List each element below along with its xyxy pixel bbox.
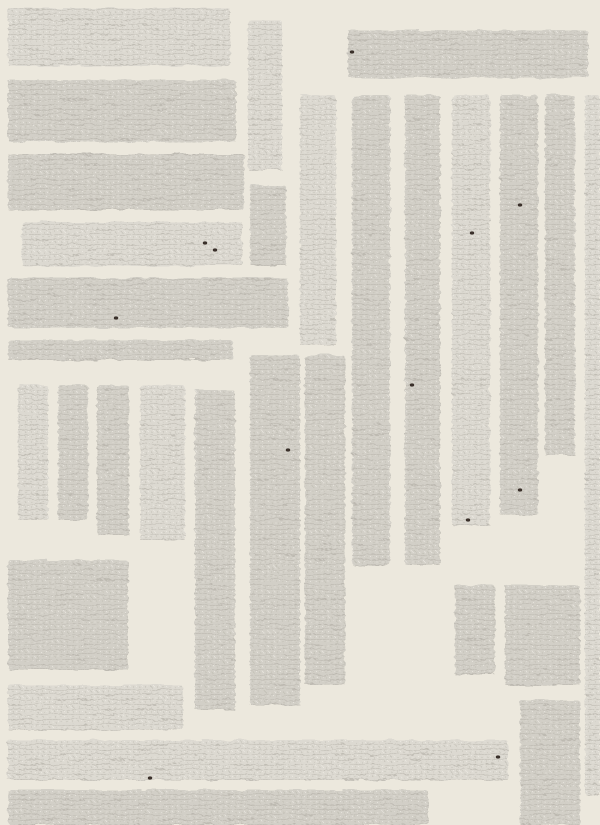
dark-fleck: [518, 488, 522, 491]
weave-texture: [8, 740, 508, 780]
weave-texture: [250, 185, 286, 265]
weave-texture: [505, 585, 580, 685]
dark-fleck: [518, 203, 522, 206]
weave-texture: [500, 95, 538, 515]
weave-texture: [352, 95, 390, 565]
weave-texture: [405, 95, 440, 565]
weave-texture: [8, 154, 244, 210]
weave-texture: [8, 685, 183, 730]
weave-texture: [305, 355, 345, 685]
weave-texture: [8, 278, 288, 328]
weave-texture: [18, 385, 48, 520]
weave-texture: [585, 95, 600, 795]
dark-fleck: [213, 248, 217, 251]
rug-texture-illustration: [0, 0, 600, 825]
dark-fleck: [410, 383, 414, 386]
dark-fleck: [496, 755, 500, 758]
weave-texture: [8, 80, 236, 142]
weave-texture: [545, 95, 575, 455]
weave-texture: [455, 585, 495, 675]
weave-texture: [195, 390, 235, 710]
weave-texture: [97, 385, 129, 535]
weave-texture: [140, 385, 185, 540]
weave-texture: [8, 340, 233, 360]
weave-texture: [8, 8, 230, 66]
weave-texture: [348, 30, 588, 78]
weave-texture: [8, 560, 128, 670]
dark-fleck: [203, 241, 207, 244]
dark-fleck: [466, 518, 470, 521]
rug-image: [0, 0, 600, 825]
dark-fleck: [350, 50, 354, 53]
weave-texture: [58, 385, 88, 520]
weave-texture: [8, 790, 428, 825]
dark-fleck: [114, 316, 118, 319]
weave-texture: [300, 95, 336, 345]
weave-texture: [250, 355, 300, 705]
weave-texture: [22, 222, 242, 266]
weave-texture: [248, 20, 282, 170]
dark-fleck: [286, 448, 290, 451]
weave-texture: [520, 700, 580, 825]
dark-fleck: [470, 231, 474, 234]
dark-fleck: [148, 776, 152, 779]
weave-texture: [452, 95, 490, 525]
